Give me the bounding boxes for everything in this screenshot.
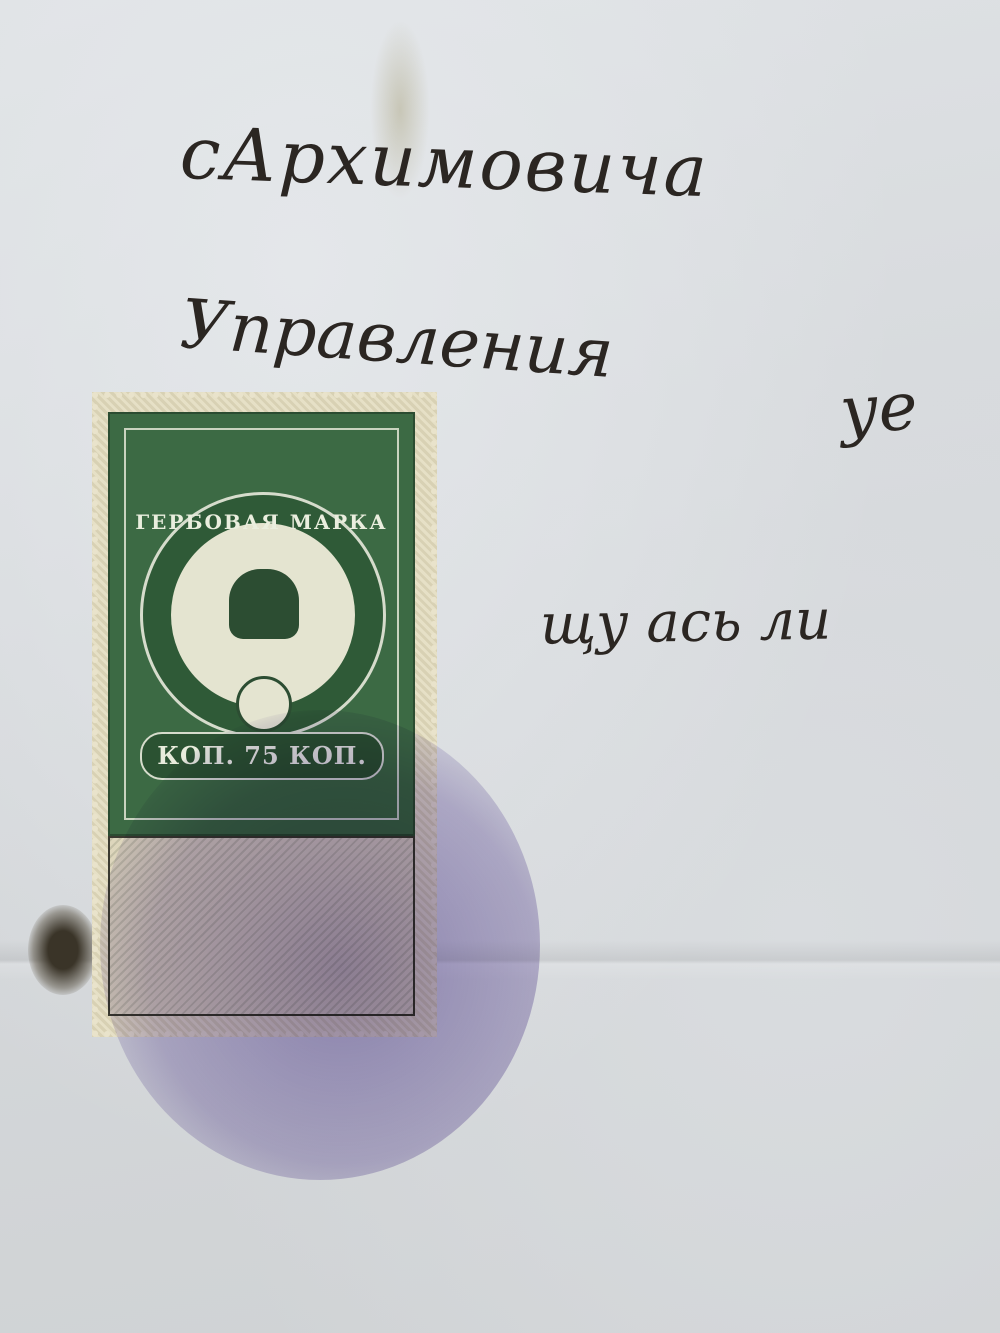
handwriting-line-3: щу ась ли xyxy=(539,587,831,657)
handwriting-line-1: сАрхимовича xyxy=(179,111,711,213)
handwriting-line-2: Управления xyxy=(178,285,616,394)
crown-icon xyxy=(229,569,299,639)
stamp-header: ГЕРБОВАЯ МАРКА xyxy=(110,510,413,534)
ink-seal xyxy=(100,710,540,1180)
handwriting-line-2-continued: уе xyxy=(837,367,920,449)
ink-blot xyxy=(28,905,98,995)
